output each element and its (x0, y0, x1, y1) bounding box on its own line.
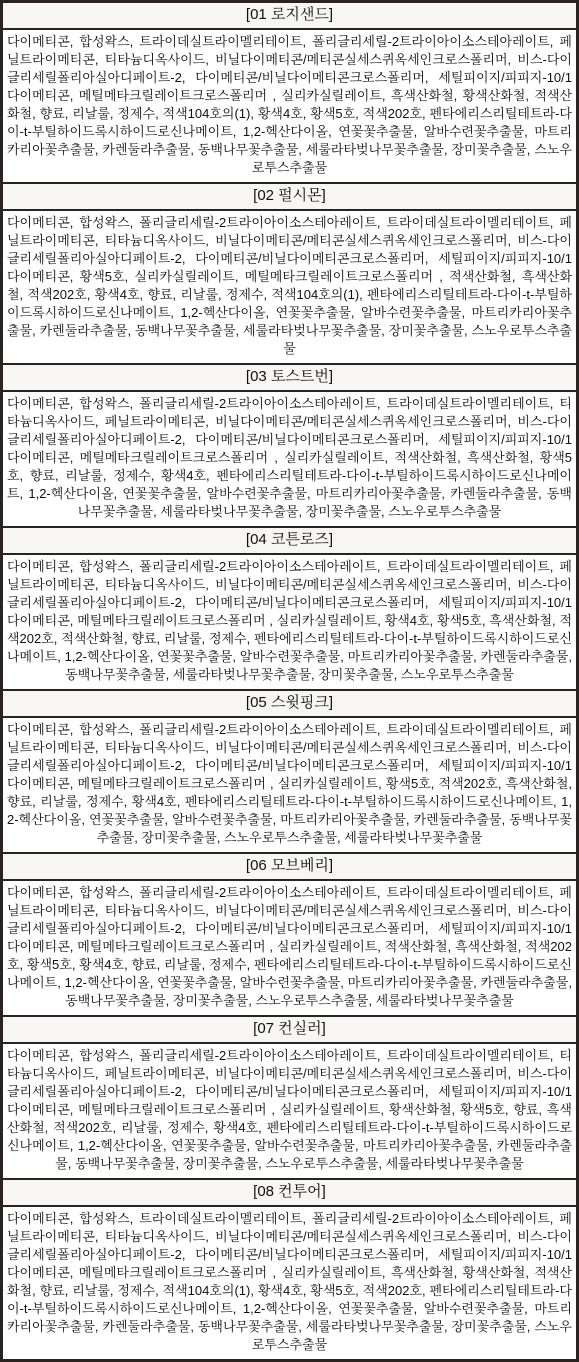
section-header-04: [04 코튼로즈] (3, 526, 576, 555)
section-ingredients-02: 다이메티콘, 합성왁스, 폴리글리세릴-2트라이아이소스테아레이트, 트라이데실… (3, 211, 576, 363)
section-header-05: [05 스윗핑크] (3, 689, 576, 718)
section-ingredients-05: 다이메티콘, 합성왁스, 폴리글리세릴-2트라이아이소스테아레이트, 트라이데실… (3, 718, 576, 852)
section-ingredients-03: 다이메티콘, 합성왁스, 폴리글리세릴-2트라이아이소스테아레이트, 트라이데실… (3, 392, 576, 526)
section-title-07: [07 컨실러] (253, 1020, 326, 1037)
section-header-06: [06 모브베리] (3, 852, 576, 881)
section-title-02: [02 펄시몬] (253, 187, 326, 204)
section-ingredients-07: 다이메티콘, 합성왁스, 폴리글리세릴-2트라이아이소스테아레이트, 트라이데실… (3, 1044, 576, 1178)
section-header-08: [08 컨투어] (3, 1178, 576, 1207)
section-header-03: [03 토스트번] (3, 363, 576, 392)
section-title-04: [04 코튼로즈] (246, 531, 333, 548)
section-header-01: [01 로지샌드] (3, 3, 576, 30)
section-ingredients-06: 다이메티콘, 합성왁스, 폴리글리세릴-2트라이아이소스테아레이트, 트라이데실… (3, 881, 576, 1015)
section-header-07: [07 컨실러] (3, 1015, 576, 1044)
section-title-03: [03 토스트번] (246, 368, 333, 385)
section-ingredients-01: 다이메티콘, 합성왁스, 트라이데실트라이멜리테이트, 폴리글리세릴-2트라이아… (3, 30, 576, 182)
section-ingredients-04: 다이메티콘, 합성왁스, 폴리글리세릴-2트라이아이소스테아레이트, 트라이데실… (3, 555, 576, 689)
section-header-02: [02 펄시몬] (3, 182, 576, 211)
ingredient-list-table: [01 로지샌드] 다이메티콘, 합성왁스, 트라이데실트라이멜리테이트, 폴리… (0, 0, 579, 1362)
section-title-08: [08 컨투어] (253, 1183, 326, 1200)
section-title-06: [06 모브베리] (246, 857, 333, 874)
section-ingredients-08: 다이메티콘, 합성왁스, 트라이데실트라이멜리테이트, 폴리글리세릴-2트라이아… (3, 1207, 576, 1359)
section-title-01: [01 로지샌드] (246, 6, 333, 23)
section-title-05: [05 스윗핑크] (246, 694, 333, 711)
